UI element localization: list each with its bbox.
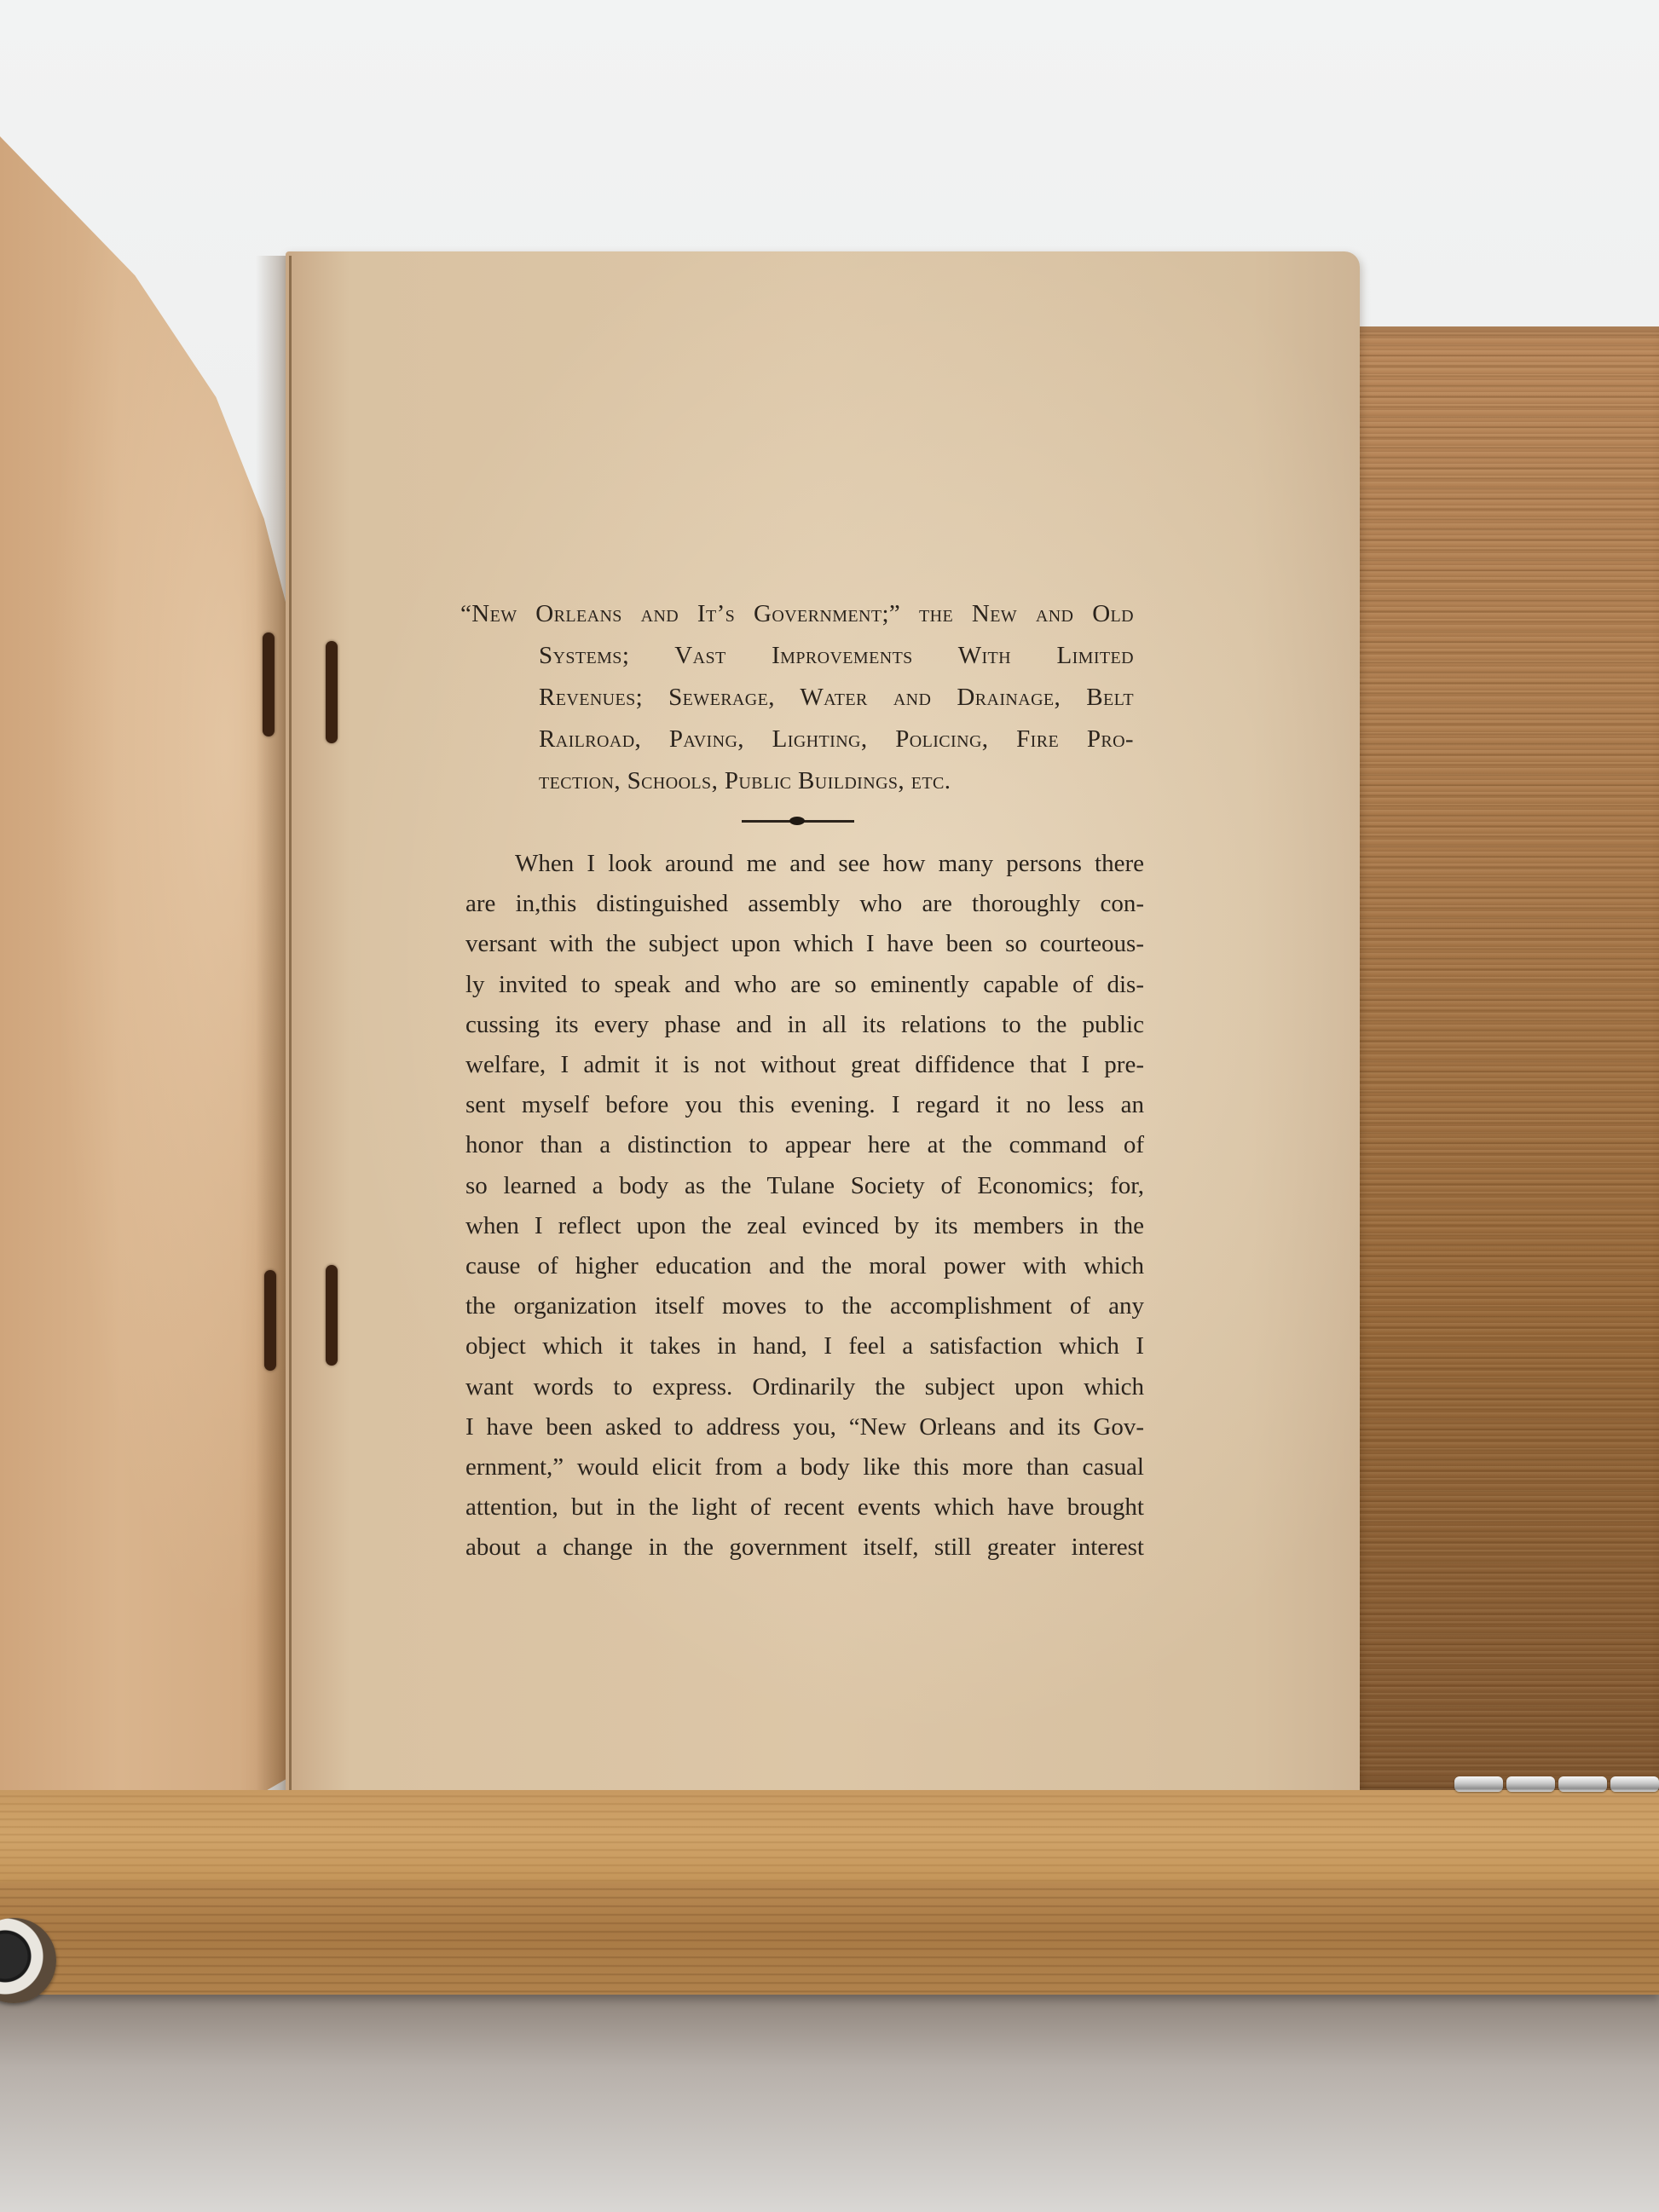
document-heading: “New Orleans and It’s Government;” the N… xyxy=(460,593,1134,802)
body-line: when I reflect upon the zeal evinced by … xyxy=(465,1206,1144,1246)
heading-line: Systems; Vast Improvements With Limited xyxy=(460,635,1134,677)
stitch-lower-left xyxy=(264,1270,276,1371)
body-line: are in,this distinguished assembly who a… xyxy=(465,884,1144,924)
body-line: about a change in the government itself,… xyxy=(465,1528,1144,1568)
body-line: attention, but in the light of recent ev… xyxy=(465,1487,1144,1528)
body-line: ly invited to speak and who are so emine… xyxy=(465,965,1144,1005)
book-stand-ledge-top xyxy=(0,1790,1659,1884)
stitch-upper-right xyxy=(326,641,338,743)
book-stand-back-panel xyxy=(1335,326,1659,1793)
hinge-knuckle xyxy=(1454,1776,1503,1792)
hinge-knuckle xyxy=(1506,1776,1555,1792)
book-stand-ledge-front xyxy=(0,1882,1659,1995)
body-line: cussing its every phase and in all its r… xyxy=(465,1005,1144,1045)
body-line: so learned a body as the Tulane Society … xyxy=(465,1166,1144,1206)
body-line: the organization itself moves to the acc… xyxy=(465,1286,1144,1326)
hinge-knuckle xyxy=(1610,1776,1659,1792)
body-line: cause of higher education and the moral … xyxy=(465,1246,1144,1286)
table-surface xyxy=(0,1990,1659,2212)
body-line: object which it takes in hand, I feel a … xyxy=(465,1326,1144,1366)
body-line: sent myself before you this evening. I r… xyxy=(465,1085,1144,1125)
heading-line: tection, Schools, Public Buildings, etc. xyxy=(460,760,1134,802)
binding-gutter xyxy=(289,256,292,1790)
body-line: versant with the subject upon which I ha… xyxy=(465,924,1144,964)
stitch-upper-left xyxy=(263,632,275,736)
stitch-lower-right xyxy=(326,1265,338,1366)
hinge-knuckle xyxy=(1558,1776,1607,1792)
body-line: welfare, I admit it is not without great… xyxy=(465,1045,1144,1085)
heading-line: Railroad, Paving, Lighting, Policing, Fi… xyxy=(460,719,1134,760)
heading-line: Revenues; Sewerage, Water and Drainage, … xyxy=(460,677,1134,719)
heading-line: “New Orleans and It’s Government;” the N… xyxy=(460,593,1134,635)
body-line: I have been asked to address you, “New O… xyxy=(465,1407,1144,1447)
body-line: ernment,” would elicit from a body like … xyxy=(465,1447,1144,1487)
document-body: When I look around me and see how many p… xyxy=(465,844,1144,1568)
body-line: honor than a distinction to appear here … xyxy=(465,1125,1144,1165)
hinge-icon xyxy=(1454,1776,1659,1792)
body-line: want words to express. Ordinarily the su… xyxy=(465,1367,1144,1407)
divider-dot-icon xyxy=(789,817,805,825)
left-page-gutter-shadow xyxy=(256,256,290,1807)
body-line: When I look around me and see how many p… xyxy=(465,844,1144,884)
